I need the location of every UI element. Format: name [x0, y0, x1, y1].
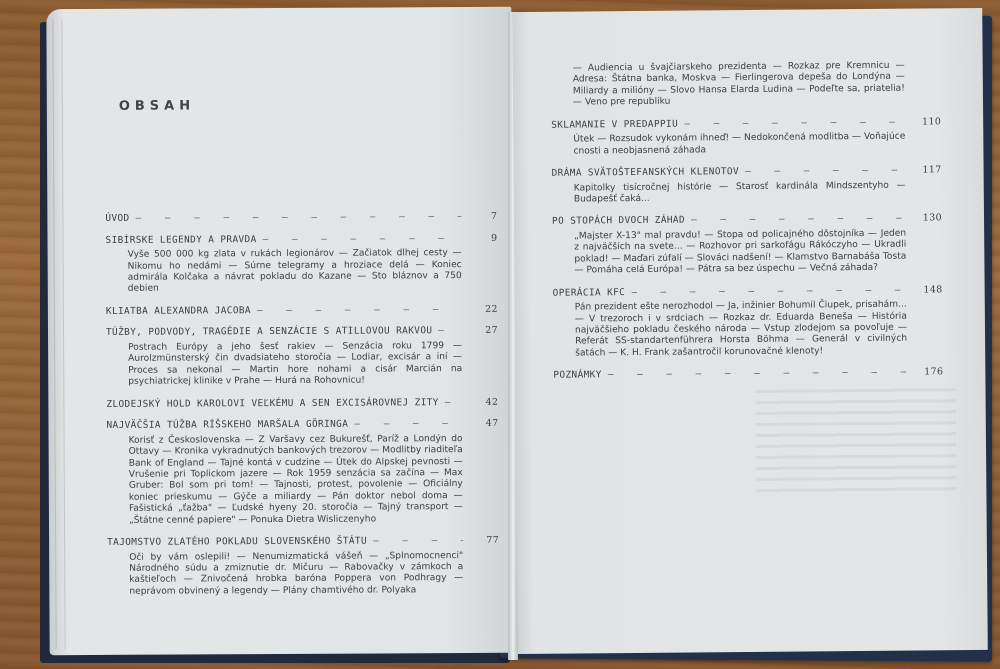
leader-dashes: — — — — — — — — — — — — — — — — — — — — …	[263, 233, 462, 246]
chapter-title: DRÁMA SVÄTOŠTEFANSKÝCH KLENOTOV	[552, 166, 739, 179]
chapter-title: TÚŽBY, PODVODY, TRAGÉDIE A SENZÁCIE S AT…	[106, 326, 432, 339]
leader-dashes: — — — — — — — — — — — — — — — — — — — — …	[745, 165, 906, 178]
page-title: OBSAH	[119, 98, 195, 113]
leader-dashes: — — — — — — — — — — — — — — — — — — — — …	[445, 397, 463, 409]
toc-entry-title-row: DRÁMA SVÄTOŠTEFANSKÝCH KLENOTOV— — — — —…	[552, 164, 942, 179]
toc-entry: ÚVOD— — — — — — — — — — — — — — — — — — …	[105, 211, 497, 225]
chapter-summary: „Majster X-13" mal pravdu! — Stopa od po…	[574, 229, 906, 278]
toc-entry-title-row: NAJVÄČŠIA TÚŽBA RÍŠSKEHO MARŠALA GÖRINGA…	[106, 418, 498, 432]
chapter-summary: Vyše 500 000 kg zlata v rukách legionáro…	[128, 248, 462, 295]
left-page: OBSAH ÚVOD— — — — — — — — — — — — — — — …	[46, 7, 514, 655]
chapter-title: KLIATBA ALEXANDRA JACOBA	[106, 305, 251, 317]
chapter-summary: Kapitolky tisícročnej histórie — Starosť…	[574, 180, 906, 206]
toc-entry-title-row: TÚŽBY, PODVODY, TRAGÉDIE A SENZÁCIE S AT…	[106, 325, 498, 339]
toc-entry-title-row: TAJOMSTVO ZLATÉHO POKLADU SLOVENSKÉHO ŠT…	[107, 535, 499, 549]
toc-entry-title-row: OPERÁCIA KFC— — — — — — — — — — — — — — …	[553, 284, 943, 299]
leader-dashes: — — — — — — — — — — — — — — — — — — — — …	[608, 367, 908, 381]
toc-entry-title-row: ÚVOD— — — — — — — — — — — — — — — — — — …	[105, 211, 497, 225]
right-page: — Audiencia u švajčiarskeho prezidenta —…	[512, 8, 988, 654]
page-number: 47	[468, 418, 498, 430]
toc-entry-title-row: KLIATBA ALEXANDRA JACOBA— — — — — — — — …	[106, 304, 498, 318]
toc-entry-title-row: POZNÁMKY— — — — — — — — — — — — — — — — …	[553, 367, 943, 382]
page-number: 77	[469, 535, 499, 547]
chapter-title: SIBÍRSKE LEGENDY A PRAVDA	[105, 234, 256, 246]
leader-dashes: — — — — — — — — — — — — — — — — — — — — …	[136, 211, 462, 224]
chapter-title: TAJOMSTVO ZLATÉHO POKLADU SLOVENSKÉHO ŠT…	[107, 536, 367, 549]
page-number: 130	[912, 213, 942, 225]
page-number: 110	[911, 116, 941, 128]
toc-entry: NAJVÄČŠIA TÚŽBA RÍŠSKEHO MARŠALA GÖRINGA…	[106, 418, 499, 527]
toc-entry-title-row: ZLODEJSKÝ HOLD KAROLOVI VEĽKÉMU A SEN EX…	[106, 396, 498, 410]
toc-entry: DRÁMA SVÄTOŠTEFANSKÝCH KLENOTOV— — — — —…	[552, 164, 942, 206]
page-number: 148	[913, 284, 943, 296]
chapter-title: PO STOPÁCH DVOCH ZÁHAD	[552, 215, 685, 228]
page-number: 27	[468, 325, 498, 337]
chapter-title: NAJVÄČŠIA TÚŽBA RÍŠSKEHO MARŠALA GÖRINGA	[106, 419, 348, 432]
toc-entry: POZNÁMKY— — — — — — — — — — — — — — — — …	[553, 367, 943, 382]
table-of-contents-right: — Audiencia u švajčiarskeho prezidenta —…	[551, 60, 944, 391]
leader-dashes: — — — — — — — — — — — — — — — — — — — — …	[631, 284, 907, 298]
leader-dashes: — — — — — — — — — — — — — — — — — — — — …	[354, 418, 462, 430]
page-number: 7	[467, 211, 497, 223]
leader-dashes: — — — — — — — — — — — — — — — — — — — — …	[257, 304, 462, 317]
toc-entry: ZLODEJSKÝ HOLD KAROLOVI VEĽKÉMU A SEN EX…	[106, 396, 498, 410]
toc-entry: TÚŽBY, PODVODY, TRAGÉDIE A SENZÁCIE S AT…	[106, 325, 498, 388]
chapter-summary: Pán prezident ešte nerozhodol — Ja, inži…	[575, 300, 907, 360]
chapter-summary: Postrach Európy a jeho šesť rakiev — Sen…	[128, 341, 462, 388]
continuation-text: — Audiencia u švajčiarskeho prezidenta —…	[573, 61, 905, 110]
leader-dashes: — — — — — — — — — — — — — — — — — — — — …	[438, 325, 462, 337]
toc-entry: TAJOMSTVO ZLATÉHO POKLADU SLOVENSKÉHO ŠT…	[107, 535, 499, 598]
chapter-title: SKLAMANIE V PREDAPPIU	[551, 118, 678, 131]
toc-entry-title-row: SKLAMANIE V PREDAPPIU— — — — — — — — — —…	[551, 116, 941, 131]
page-number: 9	[467, 232, 497, 244]
toc-entry-title-row: PO STOPÁCH DVOCH ZÁHAD— — — — — — — — — …	[552, 213, 942, 228]
chapter-title: ÚVOD	[105, 213, 129, 225]
page-number: 117	[912, 164, 942, 176]
toc-entry-title-row: SIBÍRSKE LEGENDY A PRAVDA— — — — — — — —…	[105, 232, 497, 246]
leader-dashes: — — — — — — — — — — — — — — — — — — — — …	[684, 116, 905, 130]
toc-entry: OPERÁCIA KFC— — — — — — — — — — — — — — …	[553, 284, 944, 360]
page-number: 22	[468, 304, 498, 316]
toc-entry: KLIATBA ALEXANDRA JACOBA— — — — — — — — …	[106, 304, 498, 318]
page-number: 176	[913, 367, 943, 379]
chapter-summary: Oči by vám oslepili! — Nenumizmatická vá…	[129, 551, 463, 598]
chapter-title: POZNÁMKY	[553, 370, 601, 382]
page-number: 42	[468, 396, 498, 408]
leader-dashes: — — — — — — — — — — — — — — — — — — — — …	[691, 213, 906, 226]
chapter-title: OPERÁCIA KFC	[553, 287, 626, 299]
toc-entry: SIBÍRSKE LEGENDY A PRAVDA— — — — — — — —…	[105, 232, 497, 295]
bleed-through-text	[756, 388, 957, 500]
toc-entry: SKLAMANIE V PREDAPPIU— — — — — — — — — —…	[551, 116, 941, 158]
toc-entry: PO STOPÁCH DVOCH ZÁHAD— — — — — — — — — …	[552, 213, 943, 278]
chapter-title: ZLODEJSKÝ HOLD KAROLOVI VEĽKÉMU A SEN EX…	[106, 397, 438, 410]
leader-dashes: — — — — — — — — — — — — — — — — — — — — …	[373, 535, 463, 547]
chapter-summary: Korisť z Československa — Z Varšavy cez …	[129, 434, 463, 527]
table-of-contents-left: ÚVOD— — — — — — — — — — — — — — — — — — …	[105, 211, 499, 608]
chapter-summary: Útek — Rozsudok vykonám ihneď! — Nedokon…	[573, 132, 905, 158]
